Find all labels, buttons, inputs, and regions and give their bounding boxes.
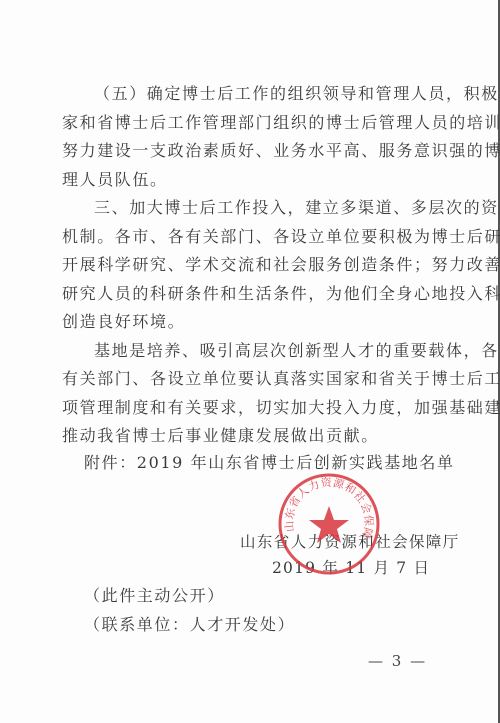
text-line: 理人员队伍。	[62, 166, 438, 195]
text-line: 创造良好环境。	[62, 308, 438, 337]
text-line: 有关部门、各设立单位要认真落实国家和省关于博士后工作的各	[62, 365, 438, 394]
attachment-line: 附件：2019 年山东省博士后创新实践基地名单	[62, 450, 464, 473]
signature-organization: 山东省人力资源和社会保障厅	[240, 530, 460, 552]
text-line: （五）确定博士后工作的组织领导和管理人员，积极参加国	[62, 80, 438, 109]
text-line: 家和省博士后工作管理部门组织的博士后管理人员的培训活动，	[62, 109, 438, 138]
section-three: 三、加大博士后工作投入，建立多渠道、多层次的资金投入 机制。各市、各有关部门、各…	[62, 194, 438, 337]
signature-date: 2019 年 11 月 7 日	[272, 556, 430, 578]
text-line: 基地是培养、吸引高层次创新型人才的重要载体，各市、各	[62, 337, 438, 366]
document-body: （五）确定博士后工作的组织领导和管理人员，积极参加国 家和省博士后工作管理部门组…	[62, 80, 438, 451]
text-line: 努力建设一支政治素质好、业务水平高、服务意识强的博士后管	[62, 137, 438, 166]
text-line: 三、加大博士后工作投入，建立多渠道、多层次的资金投入	[62, 194, 438, 223]
text-line: 开展科学研究、学术交流和社会服务创造条件；努力改善博士后	[62, 251, 438, 280]
conclusion-paragraph: 基地是培养、吸引高层次创新型人才的重要载体，各市、各 有关部门、各设立单位要认真…	[62, 337, 438, 451]
text-line: 研究人员的科研条件和生活条件，为他们全身心地投入科研活动	[62, 280, 438, 309]
disclosure-note: （此件主动公开）	[62, 583, 464, 606]
text-line: 推动我省博士后事业健康发展做出贡献。	[62, 422, 438, 451]
page-number: — 3 —	[368, 652, 427, 670]
text-line: 项管理制度和有关要求，切实加大投入力度，加强基础建设，为	[62, 394, 438, 423]
paragraph-five: （五）确定博士后工作的组织领导和管理人员，积极参加国 家和省博士后工作管理部门组…	[62, 80, 438, 194]
contact-note: （联系单位：人才开发处）	[62, 612, 464, 635]
text-line: 机制。各市、各有关部门、各设立单位要积极为博士后研究人员	[62, 223, 438, 252]
